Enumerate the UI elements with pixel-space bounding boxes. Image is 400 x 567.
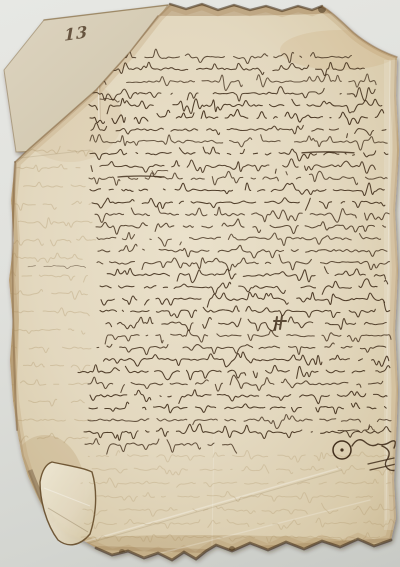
manuscript-page	[0, 0, 400, 567]
page-number: 13	[64, 22, 88, 45]
photograph-backdrop: 13	[0, 0, 400, 567]
